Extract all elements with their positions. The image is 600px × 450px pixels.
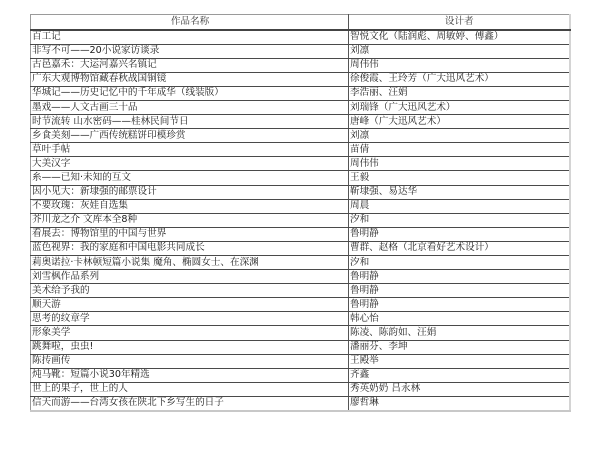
work-title-cell: 跳舞啦，虫虫! xyxy=(31,340,349,354)
work-title-cell: 芥川龙之介 文库本全8种 xyxy=(31,213,349,227)
work-title-cell: 陈抟画传 xyxy=(31,354,349,368)
designer-cell: 徐俊霞、王玲芳（广大迅风艺术） xyxy=(349,72,570,86)
table-body: 百工记智悦文化（陆润彪、周敏婷、傅鑫）非写不可——20小说家访谈录刘凛古邑嘉禾：… xyxy=(31,30,570,412)
work-title-cell: 乡食美刻——广西传统糕饼印模珍赏 xyxy=(31,129,349,143)
designer-cell: 苗倩 xyxy=(349,143,570,157)
designer-cell: 潘丽芬、李坤 xyxy=(349,340,570,354)
work-title-cell: 不要玫瑰：灰娃自选集 xyxy=(31,199,349,213)
designer-cell: 秀英奶奶 吕永林 xyxy=(349,382,570,396)
work-title-cell: 大美汉字 xyxy=(31,157,349,171)
designer-cell: 刘凛 xyxy=(349,129,570,143)
table-row: 华城记——历史记忆中的千年成华（线装版）李浩丽、汪娟 xyxy=(31,86,570,100)
table-row: 信天而游——台湾女孩在陕北下乡写生的日子廖哲琳 xyxy=(31,396,570,411)
table-row: 草叶手帖苗倩 xyxy=(31,143,570,157)
work-title-cell: 广东大观博物馆藏春秋战国铜镜 xyxy=(31,72,349,86)
designer-cell: 陈凌、陈韵如、汪娟 xyxy=(349,326,570,340)
work-title-cell: 形象美学 xyxy=(31,326,349,340)
table-row: 陈抟画传王殿举 xyxy=(31,354,570,368)
table-row: 莉奥诺拉·卡林顿短篇小说集 魔角、椭圆女士、在深渊汐和 xyxy=(31,256,570,270)
table-row: 糸——已知·未知的互文王毅 xyxy=(31,171,570,185)
work-title-cell: 信天而游——台湾女孩在陕北下乡写生的日子 xyxy=(31,396,349,411)
designer-cell: 智悦文化（陆润彪、周敏婷、傅鑫） xyxy=(349,30,570,45)
designer-cell: 鲁明静 xyxy=(349,298,570,312)
work-title-cell: 思考的纹章学 xyxy=(31,312,349,326)
work-title-cell: 刘雪枫作品系列 xyxy=(31,270,349,284)
table-row: 思考的纹章学韩心怡 xyxy=(31,312,570,326)
designer-cell: 韩心怡 xyxy=(349,312,570,326)
work-title-cell: 世上的果子，世上的人 xyxy=(31,382,349,396)
table-row: 美术给予我的鲁明静 xyxy=(31,284,570,298)
table-row: 墨戏——人文古画三十品刘瑞锋（广大迅风艺术） xyxy=(31,100,570,114)
table-row: 世上的果子，世上的人秀英奶奶 吕永林 xyxy=(31,382,570,396)
table-row: 顺天游鲁明静 xyxy=(31,298,570,312)
work-title-cell: 糸——已知·未知的互文 xyxy=(31,171,349,185)
table-row: 大美汉字周伟伟 xyxy=(31,157,570,171)
work-title-cell: 美术给予我的 xyxy=(31,284,349,298)
designer-cell: 廖哲琳 xyxy=(349,396,570,411)
works-designers-table: 作品名称 设计者 百工记智悦文化（陆润彪、周敏婷、傅鑫）非写不可——20小说家访… xyxy=(30,14,571,412)
table-row: 因小见大：新埭强的邮票设计靳埭强、易达华 xyxy=(31,185,570,199)
designer-cell: 鲁明静 xyxy=(349,270,570,284)
table-row: 时节流转 山水密码——桂林民间节日唐峰（广大迅风艺术） xyxy=(31,115,570,129)
table-row: 百工记智悦文化（陆润彪、周敏婷、傅鑫） xyxy=(31,30,570,45)
work-title-cell: 百工记 xyxy=(31,30,349,45)
designer-cell: 鲁明静 xyxy=(349,227,570,241)
designer-cell: 王毅 xyxy=(349,171,570,185)
work-title-cell: 华城记——历史记忆中的千年成华（线装版） xyxy=(31,86,349,100)
table-row: 古邑嘉禾：大运河嘉兴名镇记周伟伟 xyxy=(31,58,570,72)
table-row: 形象美学陈凌、陈韵如、汪娟 xyxy=(31,326,570,340)
work-title-cell: 时节流转 山水密码——桂林民间节日 xyxy=(31,115,349,129)
table-row: 刘雪枫作品系列鲁明静 xyxy=(31,270,570,284)
table-row: 跳舞啦，虫虫!潘丽芬、李坤 xyxy=(31,340,570,354)
work-title-cell: 看展去：博物馆里的中国与世界 xyxy=(31,227,349,241)
designer-cell: 王殿举 xyxy=(349,354,570,368)
designer-cell: 李浩丽、汪娟 xyxy=(349,86,570,100)
work-title-cell: 墨戏——人文古画三十品 xyxy=(31,100,349,114)
header-work-title: 作品名称 xyxy=(31,15,349,30)
work-title-cell: 因小见大：新埭强的邮票设计 xyxy=(31,185,349,199)
header-row: 作品名称 设计者 xyxy=(31,15,570,30)
designer-cell: 齐鑫 xyxy=(349,368,570,382)
table-row: 炖马靴：短篇小说30年精选齐鑫 xyxy=(31,368,570,382)
designer-cell: 周伟伟 xyxy=(349,157,570,171)
table-row: 乡食美刻——广西传统糕饼印模珍赏刘凛 xyxy=(31,129,570,143)
header-designer: 设计者 xyxy=(349,15,570,30)
designer-cell: 靳埭强、易达华 xyxy=(349,185,570,199)
designer-cell: 鲁明静 xyxy=(349,284,570,298)
designer-cell: 汐和 xyxy=(349,256,570,270)
designer-cell: 刘凛 xyxy=(349,44,570,58)
table-row: 非写不可——20小说家访谈录刘凛 xyxy=(31,44,570,58)
table-row: 广东大观博物馆藏春秋战国铜镜徐俊霞、王玲芳（广大迅风艺术） xyxy=(31,72,570,86)
work-title-cell: 古邑嘉禾：大运河嘉兴名镇记 xyxy=(31,58,349,72)
work-title-cell: 非写不可——20小说家访谈录 xyxy=(31,44,349,58)
designer-cell: 曹群、赵格（北京看好艺术设计） xyxy=(349,241,570,255)
work-title-cell: 炖马靴：短篇小说30年精选 xyxy=(31,368,349,382)
work-title-cell: 顺天游 xyxy=(31,298,349,312)
work-title-cell: 莉奥诺拉·卡林顿短篇小说集 魔角、椭圆女士、在深渊 xyxy=(31,256,349,270)
designer-cell: 周晨 xyxy=(349,199,570,213)
table-row: 看展去：博物馆里的中国与世界鲁明静 xyxy=(31,227,570,241)
designer-cell: 刘瑞锋（广大迅风艺术） xyxy=(349,100,570,114)
designer-cell: 唐峰（广大迅风艺术） xyxy=(349,115,570,129)
designer-cell: 周伟伟 xyxy=(349,58,570,72)
designer-cell: 汐和 xyxy=(349,213,570,227)
table-row: 蓝色视界：我的家庭和中国电影共同成长曹群、赵格（北京看好艺术设计） xyxy=(31,241,570,255)
table-row: 不要玫瑰：灰娃自选集周晨 xyxy=(31,199,570,213)
work-title-cell: 蓝色视界：我的家庭和中国电影共同成长 xyxy=(31,241,349,255)
table-row: 芥川龙之介 文库本全8种汐和 xyxy=(31,213,570,227)
work-title-cell: 草叶手帖 xyxy=(31,143,349,157)
